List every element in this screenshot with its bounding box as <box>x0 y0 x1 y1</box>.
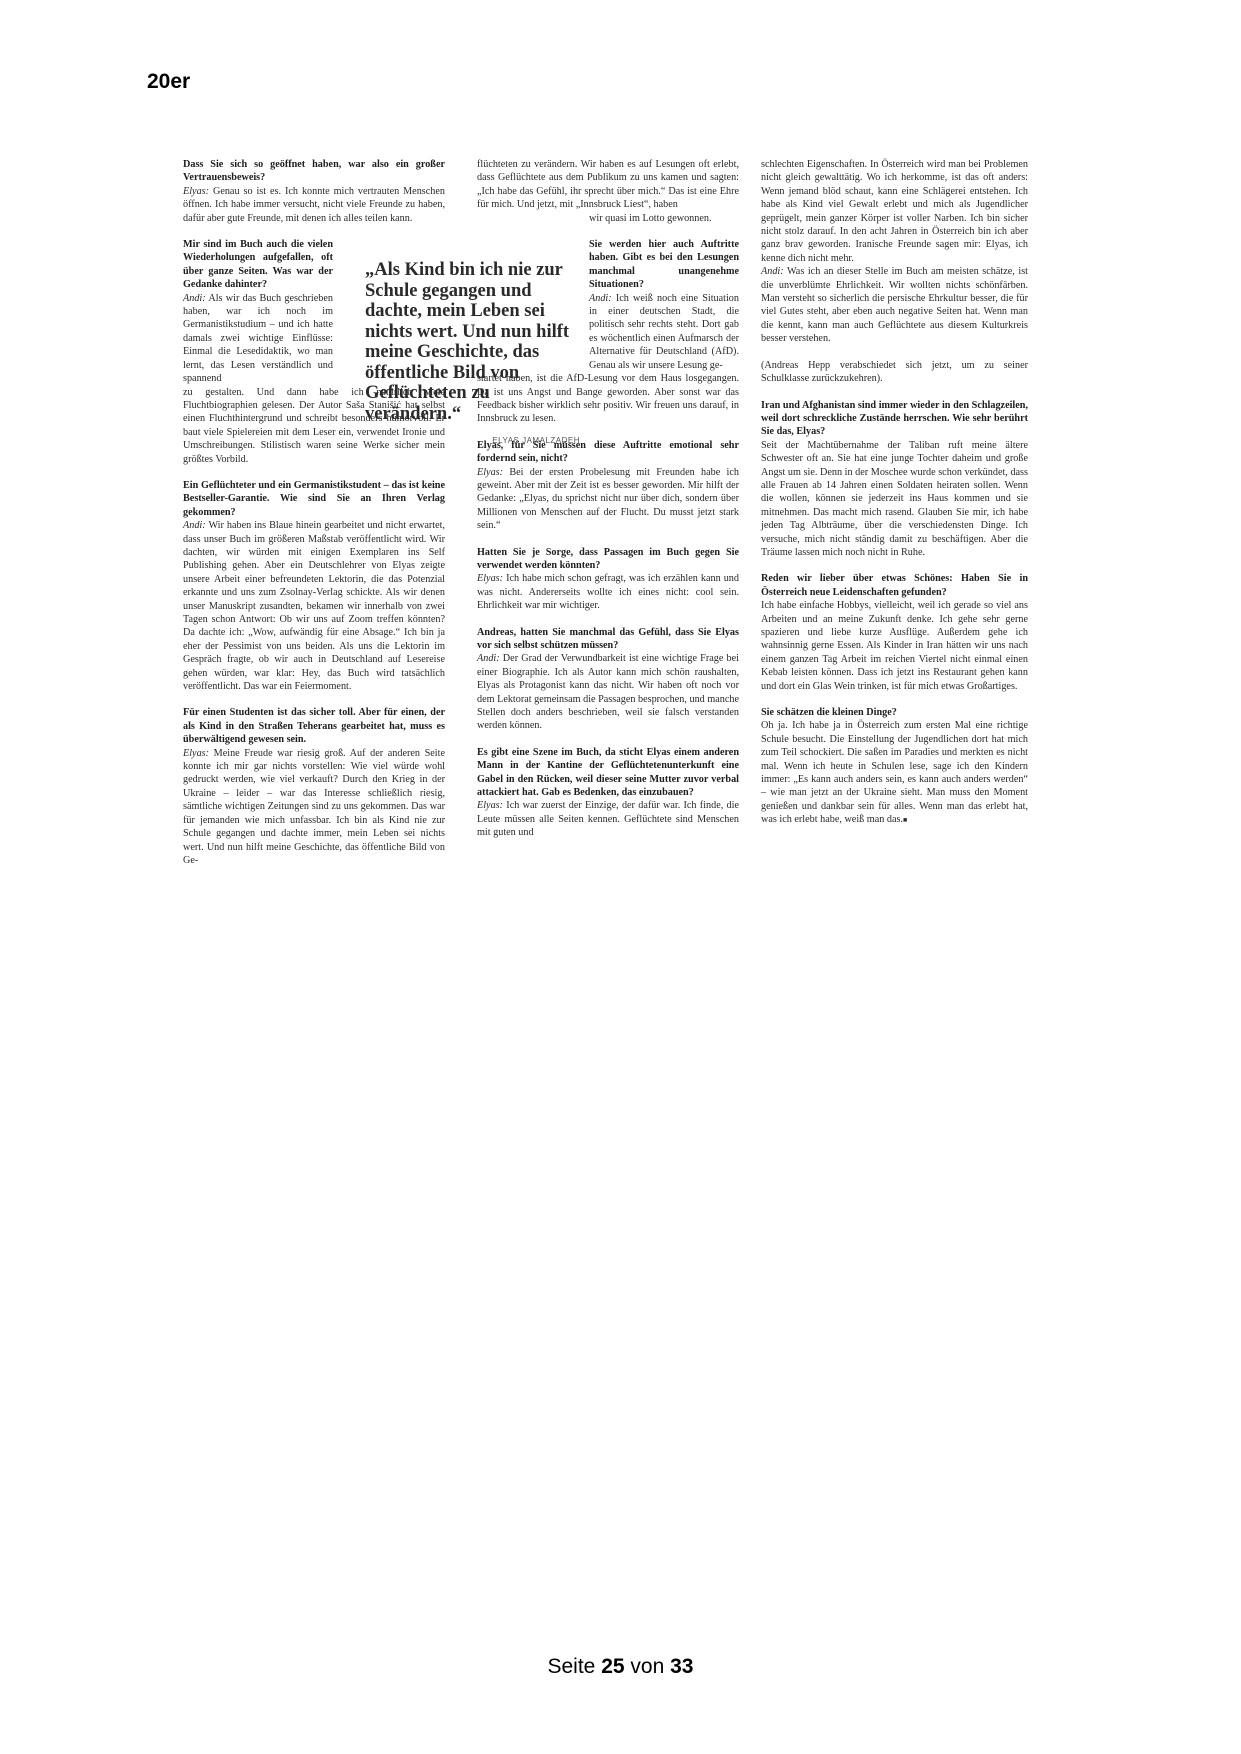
interview-question: Es gibt eine Szene im Buch, da sticht El… <box>477 746 739 800</box>
qa-block: schlechten Eigenschaften. In Österreich … <box>761 158 1028 346</box>
interview-answer-continued: wir quasi im Lotto gewonnen. <box>589 212 739 225</box>
interview-answer: Seit der Machtübernahme der Taliban ruft… <box>761 439 1028 560</box>
qa-block: Mir sind im Buch auch die vielen Wiederh… <box>183 238 333 385</box>
interview-answer: Der Grad der Verwundbarkeit ist eine wic… <box>477 653 739 731</box>
speaker-label: Andi: <box>183 520 206 531</box>
interview-question: Für einen Studenten ist das sicher toll.… <box>183 706 445 746</box>
interview-question: Reden wir lieber über etwas Schönes: Hab… <box>761 572 1028 599</box>
interview-answer: Bei der ersten Probelesung mit Freunden … <box>477 467 739 532</box>
interview-answer-continued: startet haben, ist die AfD-Lesung vor de… <box>477 372 739 426</box>
qa-block: Hatten Sie je Sorge, dass Passagen im Bu… <box>477 546 739 613</box>
speaker-label: Andi: <box>589 293 612 304</box>
interview-question: Sie werden hier auch Auftritte haben. Gi… <box>589 238 739 292</box>
qa-block: Reden wir lieber über etwas Schönes: Hab… <box>761 572 1028 693</box>
page-of-label: von <box>630 1655 664 1678</box>
interview-question: Dass Sie sich so geöffnet haben, war als… <box>183 158 445 185</box>
speaker-label: Elyas: <box>477 467 503 478</box>
qa-block: Es gibt eine Szene im Buch, da sticht El… <box>477 746 739 840</box>
interview-answer: Wir haben ins Blaue hinein gearbeitet un… <box>183 520 445 692</box>
current-page-number: 25 <box>601 1655 624 1678</box>
qa-block: Elyas, für Sie müssen diese Auftritte em… <box>477 439 739 533</box>
speaker-label: Elyas: <box>477 800 503 811</box>
speaker-label: Andi: <box>183 293 206 304</box>
interview-answer: Meine Freude war riesig groß. Auf der an… <box>183 748 445 866</box>
total-page-count: 33 <box>670 1655 693 1678</box>
qa-block: Sie schätzen die kleinen Dinge? Oh ja. I… <box>761 706 1028 828</box>
page-footer: Seite 25 von 33 <box>0 1655 1241 1679</box>
qa-block: Sie werden hier auch Auftritte haben. Gi… <box>589 238 739 372</box>
interview-question: Sie schätzen die kleinen Dinge? <box>761 706 1028 719</box>
end-mark-icon: ■ <box>903 816 907 824</box>
speaker-label: Andi: <box>477 653 500 664</box>
document-header-label: 20er <box>147 70 190 94</box>
interview-answer: Oh ja. Ich habe ja in Österreich zum ers… <box>761 720 1028 825</box>
interview-answer-continued: flüchteten zu verändern. Wir haben es au… <box>477 158 739 212</box>
interview-answer: Ich habe mich schon gefragt, was ich erz… <box>477 573 739 611</box>
interview-answer: Ich habe einfache Hobbys, vielleicht, we… <box>761 599 1028 693</box>
interview-answer: Als wir das Buch geschrieben haben, war … <box>183 293 333 384</box>
interview-question: Elyas, für Sie müssen diese Auftritte em… <box>477 439 739 466</box>
qa-block: Andreas, hatten Sie manchmal das Gefühl,… <box>477 626 739 733</box>
interview-question: Iran und Afghanistan sind immer wieder i… <box>761 399 1028 439</box>
speaker-label: Andi: <box>761 266 784 277</box>
speaker-label: Elyas: <box>183 186 209 197</box>
scanned-article: Dass Sie sich so geöffnet haben, war als… <box>183 158 1028 1208</box>
interview-question: Mir sind im Buch auch die vielen Wiederh… <box>183 238 333 292</box>
speaker-label: Elyas: <box>183 748 209 759</box>
interview-question: Hatten Sie je Sorge, dass Passagen im Bu… <box>477 546 739 573</box>
interview-question: Andreas, hatten Sie manchmal das Gefühl,… <box>477 626 739 653</box>
qa-block: Iran und Afghanistan sind immer wieder i… <box>761 399 1028 560</box>
interview-answer: Ich weiß noch eine Situation in einer de… <box>589 293 739 371</box>
interview-question: Ein Geflüchteter und ein Germanistikstud… <box>183 479 445 519</box>
interview-answer-continued: schlechten Eigenschaften. In Österreich … <box>761 158 1028 265</box>
interview-answer: Was ich an dieser Stelle im Buch am meis… <box>761 266 1028 344</box>
qa-block: Dass Sie sich so geöffnet haben, war als… <box>183 158 445 225</box>
interview-answer: Genau so ist es. Ich konnte mich vertrau… <box>183 186 445 224</box>
page-label: Seite <box>548 1655 596 1678</box>
article-column-3: schlechten Eigenschaften. In Österreich … <box>761 158 1028 841</box>
speaker-label: Elyas: <box>477 573 503 584</box>
editorial-note: (Andreas Hepp verabschiedet sich jetzt, … <box>761 359 1028 386</box>
qa-block: zu gestalten. Und dann habe ich natürlic… <box>183 386 445 868</box>
article-column-2: flüchteten zu verändern. Wir haben es au… <box>477 158 739 853</box>
interview-answer: Ich war zuerst der Einzige, der dafür wa… <box>477 800 739 838</box>
